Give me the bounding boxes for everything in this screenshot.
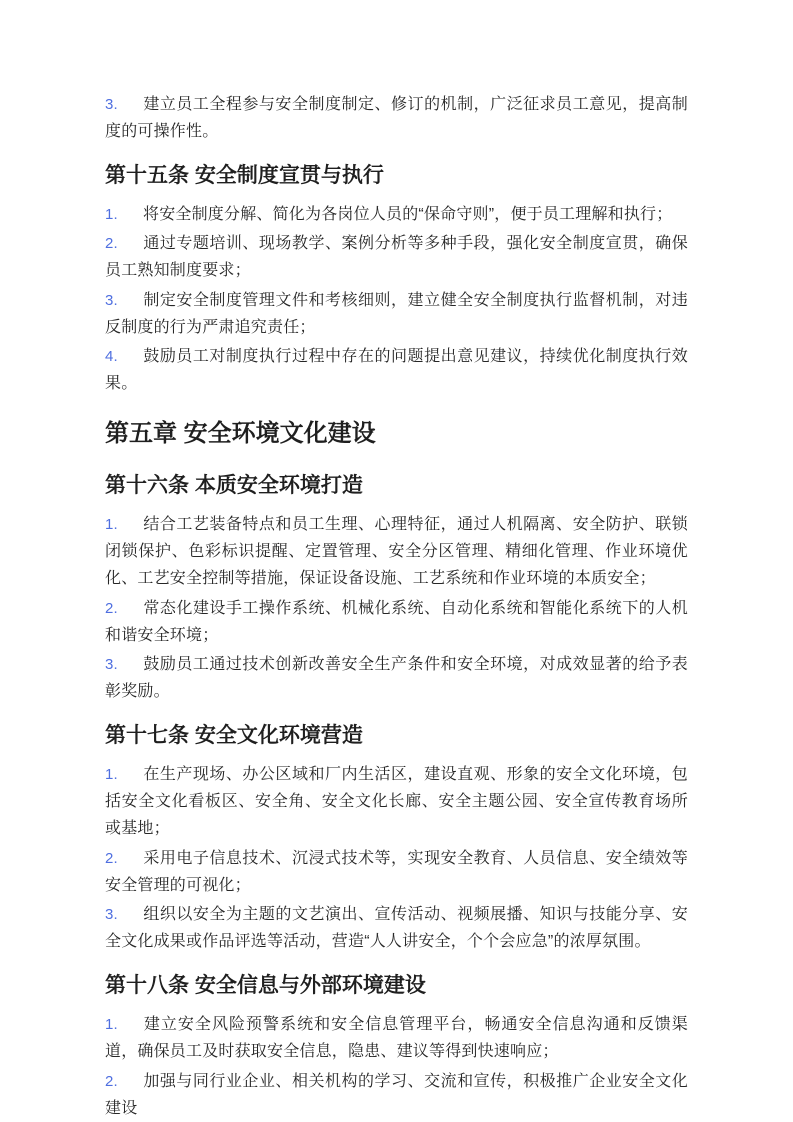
list-item: 1.在生产现场、办公区域和厂内生活区，建设直观、形象的安全文化环境，包括安全文化… [105,761,688,842]
list-number: 2. [105,1068,143,1095]
list-text: 通过专题培训、现场教学、案例分析等多种手段，强化安全制度宣贯，确保员工熟知制度要… [105,235,688,279]
list-item: 2.采用电子信息技术、沉浸式技术等，实现安全教育、人员信息、安全绩效等安全管理的… [105,845,688,899]
list-item: 3.组织以安全为主题的文艺演出、宣传活动、视频展播、知识与技能分享、安全文化成果… [105,901,688,955]
list-text: 制定安全制度管理文件和考核细则，建立健全安全制度执行监督机制，对违反制度的行为严… [105,292,688,336]
list-item: 3.鼓励员工通过技术创新改善安全生产条件和安全环境，对成效显著的给予表彰奖励。 [105,651,688,705]
list-text: 结合工艺装备特点和员工生理、心理特征，通过人机隔离、安全防护、联锁闭锁保护、色彩… [105,516,688,587]
list-text: 在生产现场、办公区域和厂内生活区，建设直观、形象的安全文化环境，包括安全文化看板… [105,766,688,837]
section-heading-article-16: 第十六条 本质安全环境打造 [105,471,688,501]
list-number: 1. [105,201,143,228]
list-number: 2. [105,845,143,872]
list-number: 1. [105,1011,143,1038]
list-text: 加强与同行业企业、相关机构的学习、交流和宣传，积极推广企业安全文化建设 [105,1073,688,1117]
list-text: 建立员工全程参与安全制度制定、修订的机制，广泛征求员工意见，提高制度的可操作性。 [105,96,688,140]
list-item: 4.鼓励员工对制度执行过程中存在的问题提出意见建议，持续优化制度执行效果。 [105,343,688,397]
list-text: 常态化建设手工操作系统、机械化系统、自动化系统和智能化系统下的人机和谐安全环境； [105,600,688,644]
list-item: 2.通过专题培训、现场教学、案例分析等多种手段，强化安全制度宣贯，确保员工熟知制… [105,230,688,284]
list-number: 2. [105,595,143,622]
list-item: 1.结合工艺装备特点和员工生理、心理特征，通过人机隔离、安全防护、联锁闭锁保护、… [105,511,688,592]
list-number: 3. [105,91,143,118]
list-text: 将安全制度分解、简化为各岗位人员的“保命守则”，便于员工理解和执行； [143,206,672,223]
list-item: 1.建立安全风险预警系统和安全信息管理平台，畅通安全信息沟通和反馈渠道，确保员工… [105,1011,688,1065]
list-item: 2.加强与同行业企业、相关机构的学习、交流和宣传，积极推广企业安全文化建设 [105,1068,688,1122]
list-number: 2. [105,230,143,257]
list-text: 组织以安全为主题的文艺演出、宣传活动、视频展播、知识与技能分享、安全文化成果或作… [105,906,688,950]
list-number: 4. [105,343,143,370]
list-number: 3. [105,287,143,314]
list-item: 3.制定安全制度管理文件和考核细则，建立健全安全制度执行监督机制，对违反制度的行… [105,287,688,341]
list-text: 采用电子信息技术、沉浸式技术等，实现安全教育、人员信息、安全绩效等安全管理的可视… [105,850,688,894]
list-number: 1. [105,761,143,788]
list-text: 鼓励员工通过技术创新改善安全生产条件和安全环境，对成效显著的给予表彰奖励。 [105,656,688,700]
list-number: 3. [105,651,143,678]
document-page: 3.建立员工全程参与安全制度制定、修订的机制，广泛征求员工意见，提高制度的可操作… [0,0,793,1122]
list-item: 3.建立员工全程参与安全制度制定、修订的机制，广泛征求员工意见，提高制度的可操作… [105,91,688,145]
section-heading-article-17: 第十七条 安全文化环境营造 [105,721,688,751]
section-heading-article-18: 第十八条 安全信息与外部环境建设 [105,971,688,1001]
section-heading-article-15: 第十五条 安全制度宣贯与执行 [105,161,688,191]
list-text: 鼓励员工对制度执行过程中存在的问题提出意见建议，持续优化制度执行效果。 [105,348,688,392]
list-number: 1. [105,511,143,538]
list-number: 3. [105,901,143,928]
list-item: 2.常态化建设手工操作系统、机械化系统、自动化系统和智能化系统下的人机和谐安全环… [105,595,688,649]
list-item: 1.将安全制度分解、简化为各岗位人员的“保命守则”，便于员工理解和执行； [105,201,688,228]
chapter-heading-5: 第五章 安全环境文化建设 [105,417,688,450]
list-text: 建立安全风险预警系统和安全信息管理平台，畅通安全信息沟通和反馈渠道，确保员工及时… [105,1016,688,1060]
